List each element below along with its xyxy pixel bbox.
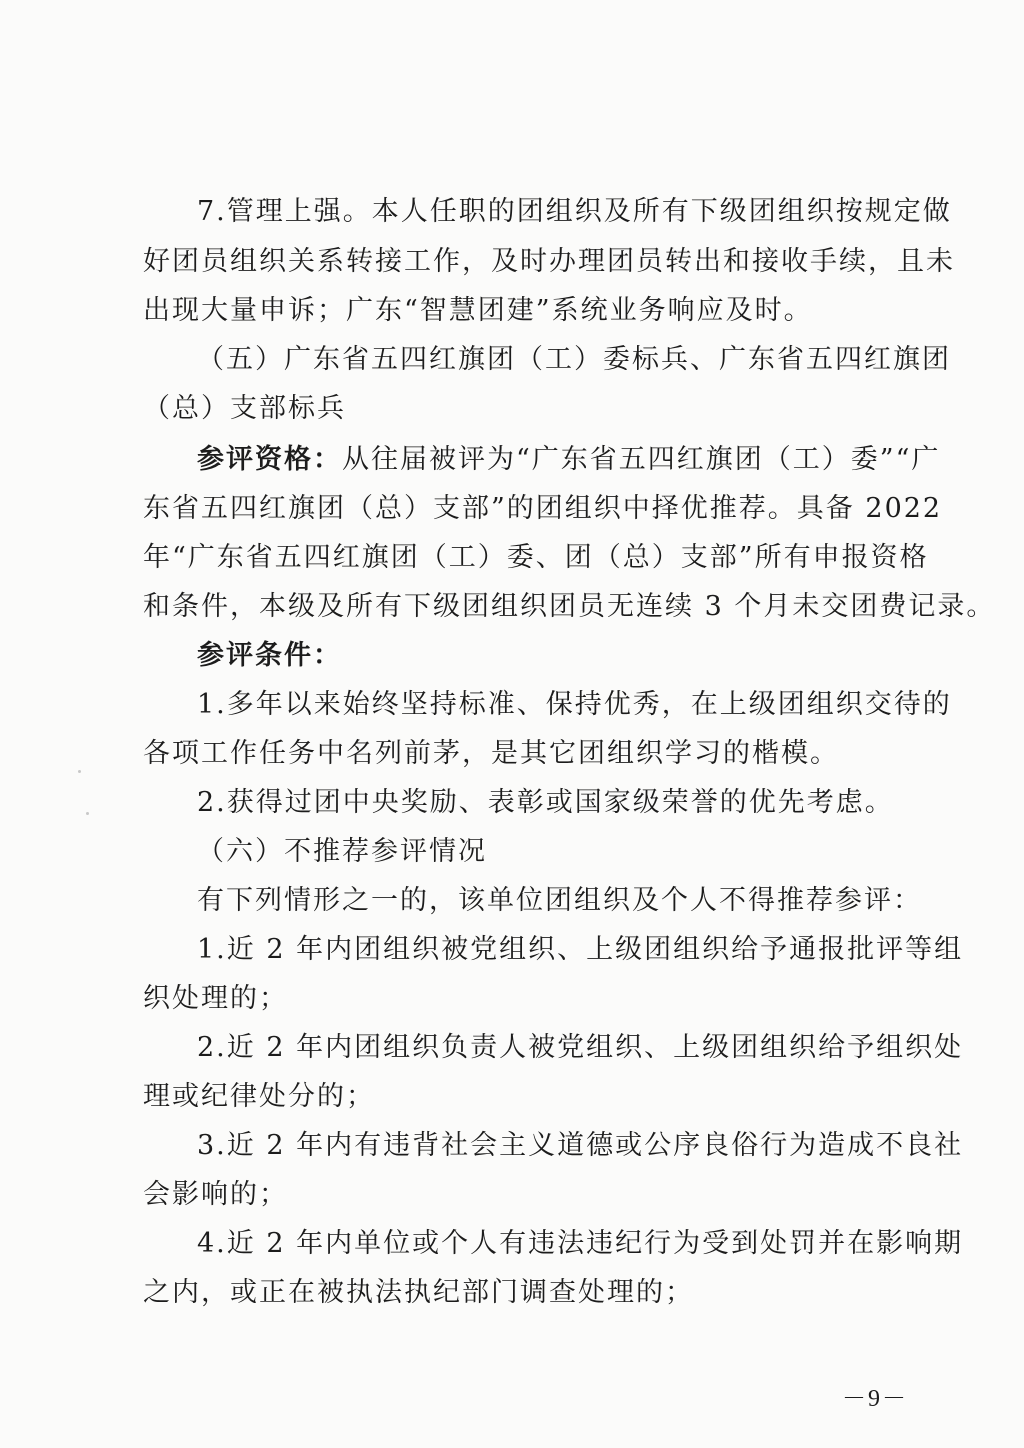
paragraph-line: 2.获得过团中央奖励、表彰或国家级荣誉的优先考虑。 xyxy=(197,783,894,823)
line-text: （五）广东省五四红旗团（工）委标兵、广东省五四红旗团 xyxy=(197,344,951,375)
paragraph-line: 2.近 2 年内团组织负责人被党组织、上级团组织给予组织处 xyxy=(197,1028,963,1068)
paragraph-line: 和条件，本级及所有下级团组织团员无连续 3 个月未交团费记录。 xyxy=(143,587,995,627)
line-text: 2.近 2 年内团组织负责人被党组织、上级团组织给予组织处 xyxy=(197,1032,963,1063)
line-text: 东省五四红旗团（总）支部”的团组织中择优推荐。具备 2022 xyxy=(143,493,942,524)
line-text: 2.获得过团中央奖励、表彰或国家级荣誉的优先考虑。 xyxy=(197,787,894,818)
section-heading: （五）广东省五四红旗团（工）委标兵、广东省五四红旗团 xyxy=(197,340,951,380)
paragraph-line: 4.近 2 年内单位或个人有违法违纪行为受到处罚并在影响期 xyxy=(197,1224,963,1264)
paragraph-line: 参评资格：从往届被评为“广东省五四红旗团（工）委”“广 xyxy=(197,440,940,480)
page-number: －9－ xyxy=(842,1378,908,1413)
line-text: （总）支部标兵 xyxy=(143,393,346,424)
paragraph-line: 各项工作任务中名列前茅，是其它团组织学习的楷模。 xyxy=(143,734,839,774)
paragraph-line: 好团员组织关系转接工作，及时办理团员转出和接收手续，且未 xyxy=(143,242,955,282)
line-text: 好团员组织关系转接工作，及时办理团员转出和接收手续，且未 xyxy=(143,246,955,277)
line-text: 有下列情形之一的，该单位团组织及个人不得推荐参评： xyxy=(197,885,922,916)
line-text: （六）不推荐参评情况 xyxy=(197,836,487,867)
paragraph-line: 1.多年以来始终坚持标准、保持优秀，在上级团组织交待的 xyxy=(197,685,952,725)
paragraph-line: 有下列情形之一的，该单位团组织及个人不得推荐参评： xyxy=(197,881,922,921)
paragraph-line: 1.近 2 年内团组织被党组织、上级团组织给予通报批评等组 xyxy=(197,930,963,970)
section-heading: （总）支部标兵 xyxy=(143,389,346,429)
line-text: 织处理的； xyxy=(143,983,288,1014)
line-text: 出现大量申诉；广东“智慧团建”系统业务响应及时。 xyxy=(143,295,813,326)
paragraph-line: 织处理的； xyxy=(143,979,288,1019)
line-text: 7.管理上强。本人任职的团组织及所有下级团组织按规定做 xyxy=(197,196,952,227)
line-text: 理或纪律处分的； xyxy=(143,1081,375,1112)
line-text: 从往届被评为“广东省五四红旗团（工）委”“广 xyxy=(342,444,940,475)
line-text: 年“广东省五四红旗团（工）委、团（总）支部”所有申报资格 xyxy=(143,542,929,573)
paragraph-line: 东省五四红旗团（总）支部”的团组织中择优推荐。具备 2022 xyxy=(143,489,942,529)
scan-artifact xyxy=(78,770,81,773)
line-text: 和条件，本级及所有下级团组织团员无连续 3 个月未交团费记录。 xyxy=(143,591,995,622)
paragraph-line: 7.管理上强。本人任职的团组织及所有下级团组织按规定做 xyxy=(197,192,952,232)
paragraph-line: 参评条件： xyxy=(197,636,342,676)
line-text: 4.近 2 年内单位或个人有违法违纪行为受到处罚并在影响期 xyxy=(197,1228,963,1259)
paragraph-line: 年“广东省五四红旗团（工）委、团（总）支部”所有申报资格 xyxy=(143,538,929,578)
bold-label: 参评条件： xyxy=(197,640,342,671)
paragraph-line: 3.近 2 年内有违背社会主义道德或公序良俗行为造成不良社 xyxy=(197,1126,963,1166)
paragraph-line: 会影响的； xyxy=(143,1175,288,1215)
line-text: 会影响的； xyxy=(143,1179,288,1210)
bold-label: 参评资格： xyxy=(197,444,342,475)
line-text: 3.近 2 年内有违背社会主义道德或公序良俗行为造成不良社 xyxy=(197,1130,963,1161)
line-text: 1.近 2 年内团组织被党组织、上级团组织给予通报批评等组 xyxy=(197,934,963,965)
line-text: 之内，或正在被执法执纪部门调查处理的； xyxy=(143,1277,694,1308)
scan-artifact xyxy=(86,812,89,815)
section-heading: （六）不推荐参评情况 xyxy=(197,832,487,872)
paragraph-line: 之内，或正在被执法执纪部门调查处理的； xyxy=(143,1273,694,1313)
paragraph-line: 出现大量申诉；广东“智慧团建”系统业务响应及时。 xyxy=(143,291,813,331)
paragraph-line: 理或纪律处分的； xyxy=(143,1077,375,1117)
line-text: 1.多年以来始终坚持标准、保持优秀，在上级团组织交待的 xyxy=(197,689,952,720)
line-text: 各项工作任务中名列前茅，是其它团组织学习的楷模。 xyxy=(143,738,839,769)
